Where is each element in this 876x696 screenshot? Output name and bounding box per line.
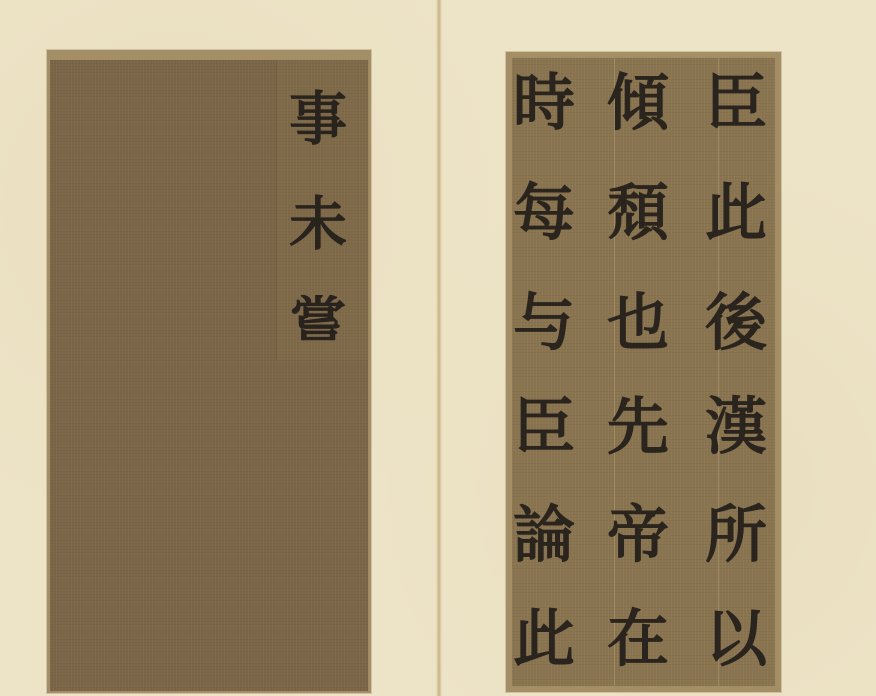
right-mount: 臣 此 後 漢 所 以 傾 頹 也 先 帝 在 時 每 与 臣 論 此 bbox=[506, 52, 781, 692]
right-leaf: 臣 此 後 漢 所 以 傾 頹 也 先 帝 在 時 每 与 臣 論 此 bbox=[440, 0, 876, 696]
calligraphy-char: 後 bbox=[696, 292, 776, 354]
calligraphy-char: 以 bbox=[696, 608, 776, 670]
calligraphy-char: 論 bbox=[504, 504, 584, 566]
right-silk-panel: 臣 此 後 漢 所 以 傾 頹 也 先 帝 在 時 每 与 臣 論 此 bbox=[512, 58, 775, 686]
calligraphy-char: 漢 bbox=[696, 396, 776, 458]
calligraphy-char: 每 bbox=[504, 182, 584, 244]
calligraphy-char: 時 bbox=[504, 72, 584, 134]
column-seam bbox=[614, 58, 615, 686]
calligraphy-char: 帝 bbox=[598, 504, 678, 566]
left-mount: 事 未 嘗 bbox=[47, 50, 371, 693]
calligraphy-char: 未 bbox=[278, 195, 358, 253]
calligraphy-char: 与 bbox=[504, 292, 584, 354]
calligraphy-char: 頹 bbox=[598, 182, 678, 244]
calligraphy-char: 在 bbox=[598, 608, 678, 670]
calligraphy-char: 所 bbox=[696, 504, 776, 566]
calligraphy-char: 此 bbox=[696, 182, 776, 244]
left-silk-panel: 事 未 嘗 bbox=[50, 60, 368, 691]
column-seam bbox=[718, 58, 719, 686]
calligraphy-char: 先 bbox=[598, 396, 678, 458]
calligraphy-char: 臣 bbox=[696, 72, 776, 134]
calligraphy-char: 此 bbox=[504, 608, 584, 670]
calligraphy-char: 事 bbox=[278, 90, 358, 148]
calligraphy-char: 臣 bbox=[504, 396, 584, 458]
left-leaf: 事 未 嘗 bbox=[0, 0, 438, 696]
calligraphy-char: 也 bbox=[598, 292, 678, 354]
calligraphy-char: 傾 bbox=[598, 72, 678, 134]
